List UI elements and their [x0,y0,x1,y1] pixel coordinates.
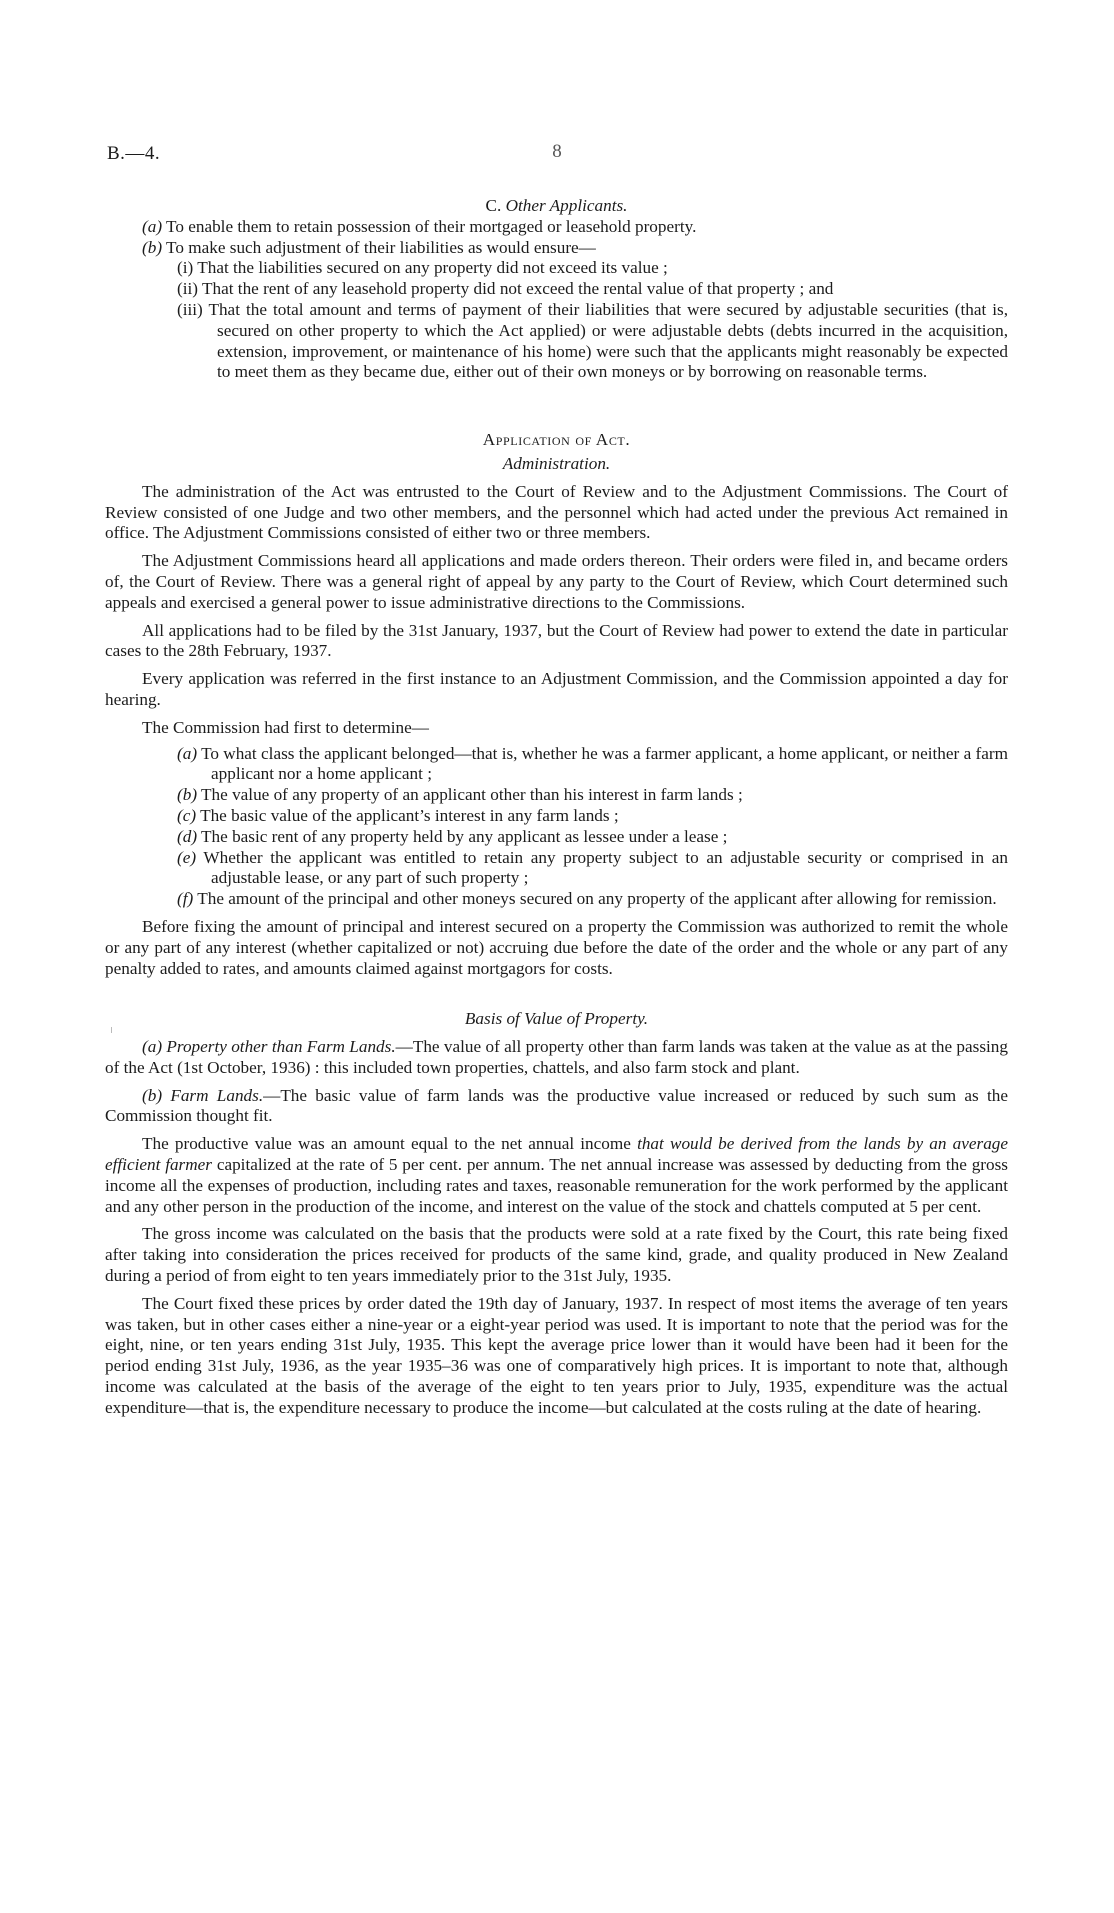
paragraph-property-other: (a) Property other than Farm Lands.—The … [105,1037,1008,1079]
item-label: (d) [177,827,197,846]
italic-lead: Property other than Farm Lands. [166,1037,395,1056]
list-item: (b) To make such adjustment of their lia… [142,238,1008,259]
paragraph: All applications had to be filed by the … [105,621,1008,663]
paragraph-farm-lands: (b) Farm Lands.—The basic value of farm … [105,1086,1008,1128]
application-of-act-heading: Application of Act. [105,430,1008,451]
sub-list-item: (ii) That the rent of any leasehold prop… [105,279,1008,300]
item-label: (a) [177,744,197,763]
item-text: The basic value of the applicant’s inter… [200,806,619,825]
list-item: (b) The value of any property of an appl… [105,785,1008,806]
paragraph: Every application was referred in the fi… [105,669,1008,711]
list-item: (a) To enable them to retain possession … [142,217,1008,238]
paragraph: Before fixing the amount of principal an… [105,917,1008,979]
administration-subheading: Administration. [105,454,1008,475]
item-text: The value of any property of an applican… [201,785,743,804]
italic-lead: Farm Lands. [170,1086,263,1105]
item-label: (ii) [177,279,198,298]
item-text: That the total amount and terms of payme… [208,300,1008,381]
item-text: To enable them to retain possession of t… [166,217,696,236]
sub-list-item: (i) That the liabilities secured on any … [105,258,1008,279]
item-text: That the liabilities secured on any prop… [197,258,668,277]
paragraph: The administration of the Act was entrus… [105,482,1008,544]
list-item: (c) The basic value of the applicant’s i… [105,806,1008,827]
item-label: (i) [177,258,193,277]
item-text: The amount of the principal and other mo… [197,889,996,908]
item-label: (f) [177,889,193,908]
section-c-list: (a) To enable them to retain possession … [105,217,1008,259]
paragraph: The gross income was calculated on the b… [105,1224,1008,1286]
section-c-title: Other Applicants. [506,196,628,215]
page-number: 8 [0,141,1114,163]
section-c-prefix: C. [486,196,502,215]
item-label: (iii) [177,300,203,319]
list-item: (d) The basic rent of any property held … [105,827,1008,848]
item-text: To what class the applicant belonged—tha… [201,744,1008,784]
document-body: C. Other Applicants. (a) To enable them … [105,196,1008,1419]
list-item: (e) Whether the applicant was entitled t… [105,848,1008,890]
item-text: To make such adjustment of their liabili… [166,238,596,257]
paragraph: The Court fixed these prices by order da… [105,1294,1008,1419]
item-label: (a) [142,217,162,236]
item-label: (b) [177,785,197,804]
item-label: (a) [142,1037,162,1056]
item-text: The basic rent of any property held by a… [201,827,727,846]
paragraph-text: capitalized at the rate of 5 per cent. p… [105,1155,1008,1216]
item-label: (b) [142,238,162,257]
item-text: That the rent of any leasehold property … [202,279,833,298]
paragraph-productive-value: The productive value was an amount equal… [105,1134,1008,1217]
sub-list-item: (iii) That the total amount and terms of… [105,300,1008,383]
list-item: (a) To what class the applicant belonged… [105,744,1008,786]
item-text: Whether the applicant was entitled to re… [203,848,1008,888]
running-header: B.—4. 8 [0,143,1114,167]
paragraph: The Adjustment Commissions heard all app… [105,551,1008,613]
basis-of-value-heading: Basis of Value of Property. [105,1009,1008,1030]
document-page: B.—4. 8 C. Other Applicants. (a) To enab… [0,0,1114,1913]
item-label: (e) [177,848,196,867]
item-label: (c) [177,806,196,825]
list-item: (f) The amount of the principal and othe… [105,889,1008,910]
paragraph: The Commission had first to determine— [105,718,1008,739]
paragraph-text: The productive value was an amount equal… [142,1134,637,1153]
determine-list: (a) To what class the applicant belonged… [105,744,1008,910]
section-c-heading: C. Other Applicants. [105,196,1008,217]
item-label: (b) [142,1086,162,1105]
